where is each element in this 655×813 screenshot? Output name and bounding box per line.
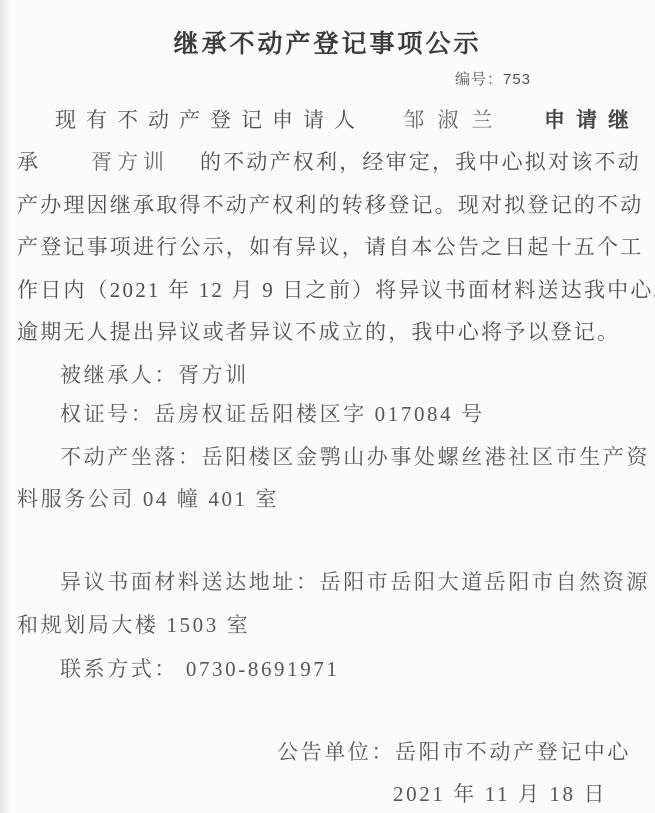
field-contact-phone: 联系方式： 0730-8691971 <box>60 655 340 683</box>
body-line-2-lead: 承 <box>17 150 40 174</box>
issuing-unit: 公告单位：岳阳市不动产登记中心 <box>277 736 631 766</box>
field-objection-address-line1: 异议书面材料送达地址：岳阳市岳阳大道岳阳市自然资源 <box>60 568 650 596</box>
decedent-name-inline: 胥方训 <box>91 148 169 176</box>
notice-number: 编号：753 <box>455 68 531 89</box>
field-certificate-number: 权证号：岳房权证岳阳楼区字 017084 号 <box>60 400 485 428</box>
field-property-location-line2: 料服务公司 04 幢 401 室 <box>17 485 279 513</box>
applicant-name: 邹淑兰 <box>404 106 506 134</box>
body-line-6: 逾期无人提出异议或者异议不成立的，我中心将予以登记。 <box>17 318 640 346</box>
body-line-4: 产登记事项进行公示，如有异议，请自本公告之日起十五个工 <box>17 233 640 261</box>
body-line-2: 承 胥方训 的不动产权利，经审定，我中心拟对该不动 <box>17 148 640 176</box>
field-property-location-line1: 不动产坐落：岳阳楼区金鹗山办事处螺丝港社区市生产资 <box>60 443 650 471</box>
issue-date: 2021 年 11 月 18 日 <box>393 778 607 808</box>
body-line-3: 产办理因继承取得不动产权利的转移登记。现对拟登记的不动 <box>17 191 640 219</box>
body-line-5: 作日内（2021 年 12 月 9 日之前）将异议书面材料送达我中心。 <box>17 276 640 304</box>
field-objection-address-line2: 和规划局大楼 1503 室 <box>17 611 250 639</box>
body-line-1-suffix: 申请继 <box>544 106 640 134</box>
body-line-2-rest: 的不动产权利，经审定，我中心拟对该不动 <box>200 148 641 176</box>
notice-title: 继承不动产登记事项公示 <box>0 24 655 60</box>
notice-document: 继承不动产登记事项公示 编号：753 现有不动产登记申请人 邹淑兰 申请继 承 … <box>0 0 655 813</box>
body-line-1-prefix: 现有不动产登记申请人 <box>17 106 365 134</box>
body-line-1: 现有不动产登记申请人 邹淑兰 申请继 <box>17 106 640 134</box>
field-decedent: 被继承人：胥方训 <box>60 361 249 389</box>
